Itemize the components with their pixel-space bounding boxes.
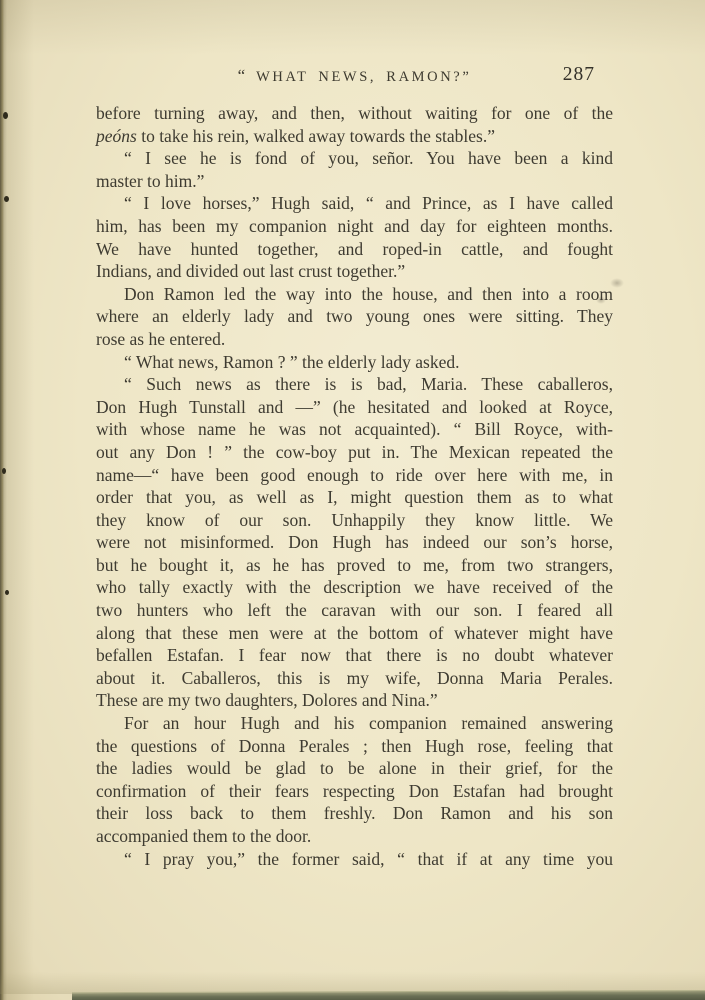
text-line: befallen Estafan. I fear now that there …	[96, 644, 613, 667]
text-segment: “ Such news as there is is bad, Maria. T…	[124, 374, 613, 394]
page-bottom-edge-shadow	[72, 990, 705, 1000]
text-segment: Don Ramon led the way into the house, an…	[124, 284, 613, 304]
text-segment: before turning away, and then, without w…	[96, 103, 613, 123]
text-line: two hunters who left the caravan with ou…	[96, 599, 613, 622]
text-line: peóns to take his rein, walked away towa…	[96, 125, 613, 148]
header-title-text: WHAT NEWS, RAMON?”	[246, 69, 471, 85]
text-segment: “ What news, Ramon ? ” the elderly lady …	[124, 352, 459, 372]
text-segment: “ I see he is fond of you, señor. You ha…	[124, 148, 613, 168]
text-line: “ I love horses,” Hugh said, “ and Princ…	[96, 192, 613, 215]
text-segment: “ I pray you,” the former said, “ that i…	[124, 849, 613, 869]
text-segment: Don Hugh Tunstall and —” (he hesitated a…	[96, 397, 613, 417]
text-line: their loss back to them freshly. Don Ram…	[96, 802, 613, 825]
text-line: These are my two daughters, Dolores and …	[96, 689, 613, 712]
text-line: Indians, and divided out last crust toge…	[96, 260, 613, 283]
text-segment: accompanied them to the door.	[96, 826, 311, 846]
binding-speck	[2, 468, 6, 474]
text-line: where an elderly lady and two young ones…	[96, 305, 613, 328]
text-segment: rose as he entered.	[96, 329, 225, 349]
binding-edge	[0, 0, 4, 1000]
text-line: “ Such news as there is is bad, Maria. T…	[96, 373, 613, 396]
text-line: name—“ have been good enough to ride ove…	[96, 464, 613, 487]
text-line: accompanied them to the door.	[96, 825, 613, 848]
text-segment: along that these men were at the bottom …	[96, 623, 613, 643]
text-segment: Indians, and divided out last crust toge…	[96, 261, 405, 281]
text-line: about it. Caballeros, this is my wife, D…	[96, 667, 613, 690]
header-title: “ WHAT NEWS, RAMON?”	[96, 66, 613, 86]
text-line: the questions of Donna Perales ; then Hu…	[96, 735, 613, 758]
text-segment: name—“ have been good enough to ride ove…	[96, 465, 613, 485]
text-line: who tally exactly with the description w…	[96, 576, 613, 599]
text-segment: who tally exactly with the description w…	[96, 577, 613, 597]
text-line: before turning away, and then, without w…	[96, 102, 613, 125]
italic-text: peóns	[96, 126, 137, 146]
text-segment: with whose name he was not acquainted). …	[96, 419, 613, 439]
header-open-quote: “	[238, 66, 247, 85]
text-segment: about it. Caballeros, this is my wife, D…	[96, 668, 613, 688]
text-line: him, has been my companion night and day…	[96, 215, 613, 238]
text-segment: We have hunted together, and roped-in ca…	[96, 239, 613, 259]
text-line: the ladies would be glad to be alone in …	[96, 757, 613, 780]
page-number: 287	[563, 64, 595, 86]
text-line: master to him.”	[96, 170, 613, 193]
text-segment: were not misinformed. Don Hugh has indee…	[96, 532, 613, 552]
text-segment: “ I love horses,” Hugh said, “ and Princ…	[124, 193, 613, 213]
text-segment: For an hour Hugh and his companion remai…	[124, 713, 613, 733]
scan-page: “ WHAT NEWS, RAMON?” 287 before turning …	[0, 0, 705, 1000]
text-segment: befallen Estafan. I fear now that there …	[96, 645, 613, 665]
text-line: “ What news, Ramon ? ” the elderly lady …	[96, 351, 613, 374]
text-line: For an hour Hugh and his companion remai…	[96, 712, 613, 735]
running-header: “ WHAT NEWS, RAMON?” 287	[96, 66, 613, 90]
body-text: before turning away, and then, without w…	[96, 102, 613, 870]
text-line: confirmation of their fears respecting D…	[96, 780, 613, 803]
text-line: they know of our son. Unhappily they kno…	[96, 509, 613, 532]
text-line: Don Ramon led the way into the house, an…	[96, 283, 613, 306]
text-segment: confirmation of their fears respecting D…	[96, 781, 613, 801]
text-line: out any Don ! ” the cow-boy put in. The …	[96, 441, 613, 464]
text-line: with whose name he was not acquainted). …	[96, 418, 613, 441]
text-segment: out any Don ! ” the cow-boy put in. The …	[96, 442, 613, 462]
binding-speck	[3, 112, 8, 119]
text-line: We have hunted together, and roped-in ca…	[96, 238, 613, 261]
text-segment: two hunters who left the caravan with ou…	[96, 600, 613, 620]
text-line: rose as he entered.	[96, 328, 613, 351]
text-segment: These are my two daughters, Dolores and …	[96, 690, 438, 710]
text-line: “ I see he is fond of you, señor. You ha…	[96, 147, 613, 170]
text-segment: order that you, as well as I, might ques…	[96, 487, 613, 507]
text-segment: master to him.”	[96, 171, 204, 191]
text-segment: they know of our son. Unhappily they kno…	[96, 510, 613, 530]
text-segment: to take his rein, walked away towards th…	[137, 126, 495, 146]
text-line: along that these men were at the bottom …	[96, 622, 613, 645]
text-segment: him, has been my companion night and day…	[96, 216, 613, 236]
text-line: but he bought it, as he has proved to me…	[96, 554, 613, 577]
text-segment: but he bought it, as he has proved to me…	[96, 555, 613, 575]
binding-speck	[4, 196, 9, 202]
binding-speck	[5, 590, 9, 595]
text-line: “ I pray you,” the former said, “ that i…	[96, 848, 613, 871]
text-line: order that you, as well as I, might ques…	[96, 486, 613, 509]
text-segment: the questions of Donna Perales ; then Hu…	[96, 736, 613, 756]
text-line: were not misinformed. Don Hugh has indee…	[96, 531, 613, 554]
text-segment: their loss back to them freshly. Don Ram…	[96, 803, 613, 823]
text-segment: where an elderly lady and two young ones…	[96, 306, 613, 326]
text-line: Don Hugh Tunstall and —” (he hesitated a…	[96, 396, 613, 419]
text-segment: the ladies would be glad to be alone in …	[96, 758, 613, 778]
